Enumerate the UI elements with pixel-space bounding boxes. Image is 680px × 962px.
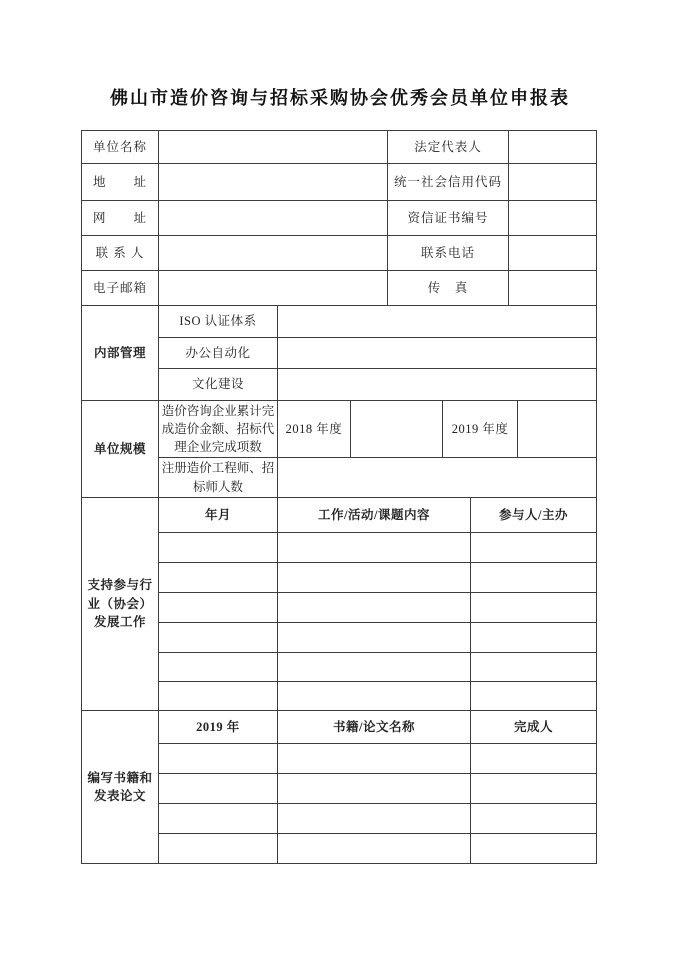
iso-cert-value-cell xyxy=(278,306,597,338)
table-row: 单位名称 法定代表人 xyxy=(82,131,597,164)
culture-building-label-cell: 文化建设 xyxy=(159,369,278,401)
col-header-year-2019: 2019 年 xyxy=(159,710,278,743)
contact-phone-value-cell xyxy=(509,236,597,271)
empty-cell xyxy=(278,803,471,833)
table-row: 电子邮箱 传 真 xyxy=(82,271,597,306)
publications-empty-row xyxy=(82,743,597,773)
empty-cell xyxy=(471,681,597,710)
table-row: 联 系 人 联系电话 xyxy=(82,236,597,271)
table-row: 文化建设 xyxy=(82,369,597,401)
empty-cell xyxy=(278,562,471,592)
legal-rep-label-cell: 法定代表人 xyxy=(388,131,509,164)
industry-support-empty-row xyxy=(82,622,597,652)
empty-cell xyxy=(159,592,278,622)
fax-value-cell xyxy=(509,271,597,306)
industry-support-empty-row xyxy=(82,532,597,562)
application-form-table: 单位名称 法定代表人 地 址 统一社会信用代码 网 址 资信证书编号 联 系 人 xyxy=(81,130,597,864)
registered-engineers-value-cell xyxy=(278,458,597,497)
empty-cell xyxy=(471,743,597,773)
website-value-cell xyxy=(159,201,388,236)
empty-cell xyxy=(471,833,597,863)
table-row: 编写书籍和发表论文 2019 年 书籍/论文名称 完成人 xyxy=(82,710,597,743)
office-automation-label-cell: 办公自动化 xyxy=(159,338,278,369)
table-row: 支持参与行业（协会）发展工作 年月 工作/活动/课题内容 参与人/主办 xyxy=(82,497,597,532)
certificate-no-value-cell xyxy=(509,201,597,236)
publications-empty-row xyxy=(82,833,597,863)
internal-management-label-cell: 内部管理 xyxy=(82,306,159,401)
office-automation-value-cell xyxy=(278,338,597,369)
unit-scale-label-cell: 单位规模 xyxy=(82,401,159,498)
empty-cell xyxy=(159,622,278,652)
year-2019-value-cell xyxy=(518,401,597,458)
empty-cell xyxy=(278,773,471,803)
email-value-cell xyxy=(159,271,388,306)
table-row: 内部管理 ISO 认证体系 xyxy=(82,306,597,338)
address-label-cell: 地 址 xyxy=(82,164,159,201)
col-header-publication-title: 书籍/论文名称 xyxy=(278,710,471,743)
year-2019-label-cell: 2019 年度 xyxy=(443,401,518,458)
culture-building-value-cell xyxy=(278,369,597,401)
website-label-cell: 网 址 xyxy=(82,201,159,236)
contact-person-label-cell: 联 系 人 xyxy=(82,236,159,271)
publications-label-cell: 编写书籍和发表论文 xyxy=(82,710,159,863)
empty-cell xyxy=(471,652,597,681)
registered-engineers-label-cell: 注册造价工程师、招标师人数 xyxy=(159,458,278,497)
address-value-cell xyxy=(159,164,388,201)
table-row: 办公自动化 xyxy=(82,338,597,369)
empty-cell xyxy=(278,622,471,652)
empty-cell xyxy=(471,622,597,652)
credit-code-value-cell xyxy=(509,164,597,201)
empty-cell xyxy=(159,532,278,562)
empty-cell xyxy=(471,562,597,592)
empty-cell xyxy=(278,532,471,562)
empty-cell xyxy=(471,803,597,833)
col-header-author: 完成人 xyxy=(471,710,597,743)
industry-support-label-cell: 支持参与行业（协会）发展工作 xyxy=(82,497,159,710)
credit-code-label-cell: 统一社会信用代码 xyxy=(388,164,509,201)
table-row: 网 址 资信证书编号 xyxy=(82,201,597,236)
table-row: 注册造价工程师、招标师人数 xyxy=(82,458,597,497)
industry-support-empty-row xyxy=(82,592,597,622)
col-header-activity-content: 工作/活动/课题内容 xyxy=(278,497,471,532)
empty-cell xyxy=(159,773,278,803)
col-header-yearmonth: 年月 xyxy=(159,497,278,532)
empty-cell xyxy=(159,803,278,833)
page-title: 佛山市造价咨询与招标采购协会优秀会员单位申报表 xyxy=(0,84,680,110)
empty-cell xyxy=(159,743,278,773)
empty-cell xyxy=(159,652,278,681)
industry-support-empty-row xyxy=(82,681,597,710)
empty-cell xyxy=(471,773,597,803)
year-2018-value-cell xyxy=(351,401,443,458)
empty-cell xyxy=(159,562,278,592)
document-page: 佛山市造价咨询与招标采购协会优秀会员单位申报表 单位名称 法定代表人 地 址 xyxy=(0,0,680,962)
empty-cell xyxy=(159,681,278,710)
empty-cell xyxy=(159,833,278,863)
empty-cell xyxy=(471,532,597,562)
empty-cell xyxy=(471,592,597,622)
certificate-no-label-cell: 资信证书编号 xyxy=(388,201,509,236)
year-2018-label-cell: 2018 年度 xyxy=(278,401,351,458)
contact-person-value-cell xyxy=(159,236,388,271)
iso-cert-label-cell: ISO 认证体系 xyxy=(159,306,278,338)
legal-rep-value-cell xyxy=(509,131,597,164)
email-label-cell: 电子邮箱 xyxy=(82,271,159,306)
table-row: 地 址 统一社会信用代码 xyxy=(82,164,597,201)
table-row: 单位规模 造价咨询企业累计完成造价金额、招标代理企业完成项数 2018 年度 2… xyxy=(82,401,597,458)
unit-name-value-cell xyxy=(159,131,388,164)
scale-description-cell: 造价咨询企业累计完成造价金额、招标代理企业完成项数 xyxy=(159,401,278,458)
col-header-participants: 参与人/主办 xyxy=(471,497,597,532)
unit-name-label-cell: 单位名称 xyxy=(82,131,159,164)
publications-empty-row xyxy=(82,773,597,803)
empty-cell xyxy=(278,652,471,681)
publications-empty-row xyxy=(82,803,597,833)
fax-label-cell: 传 真 xyxy=(388,271,509,306)
empty-cell xyxy=(278,743,471,773)
contact-phone-label-cell: 联系电话 xyxy=(388,236,509,271)
empty-cell xyxy=(278,681,471,710)
empty-cell xyxy=(278,592,471,622)
empty-cell xyxy=(278,833,471,863)
industry-support-empty-row xyxy=(82,652,597,681)
industry-support-empty-row xyxy=(82,562,597,592)
